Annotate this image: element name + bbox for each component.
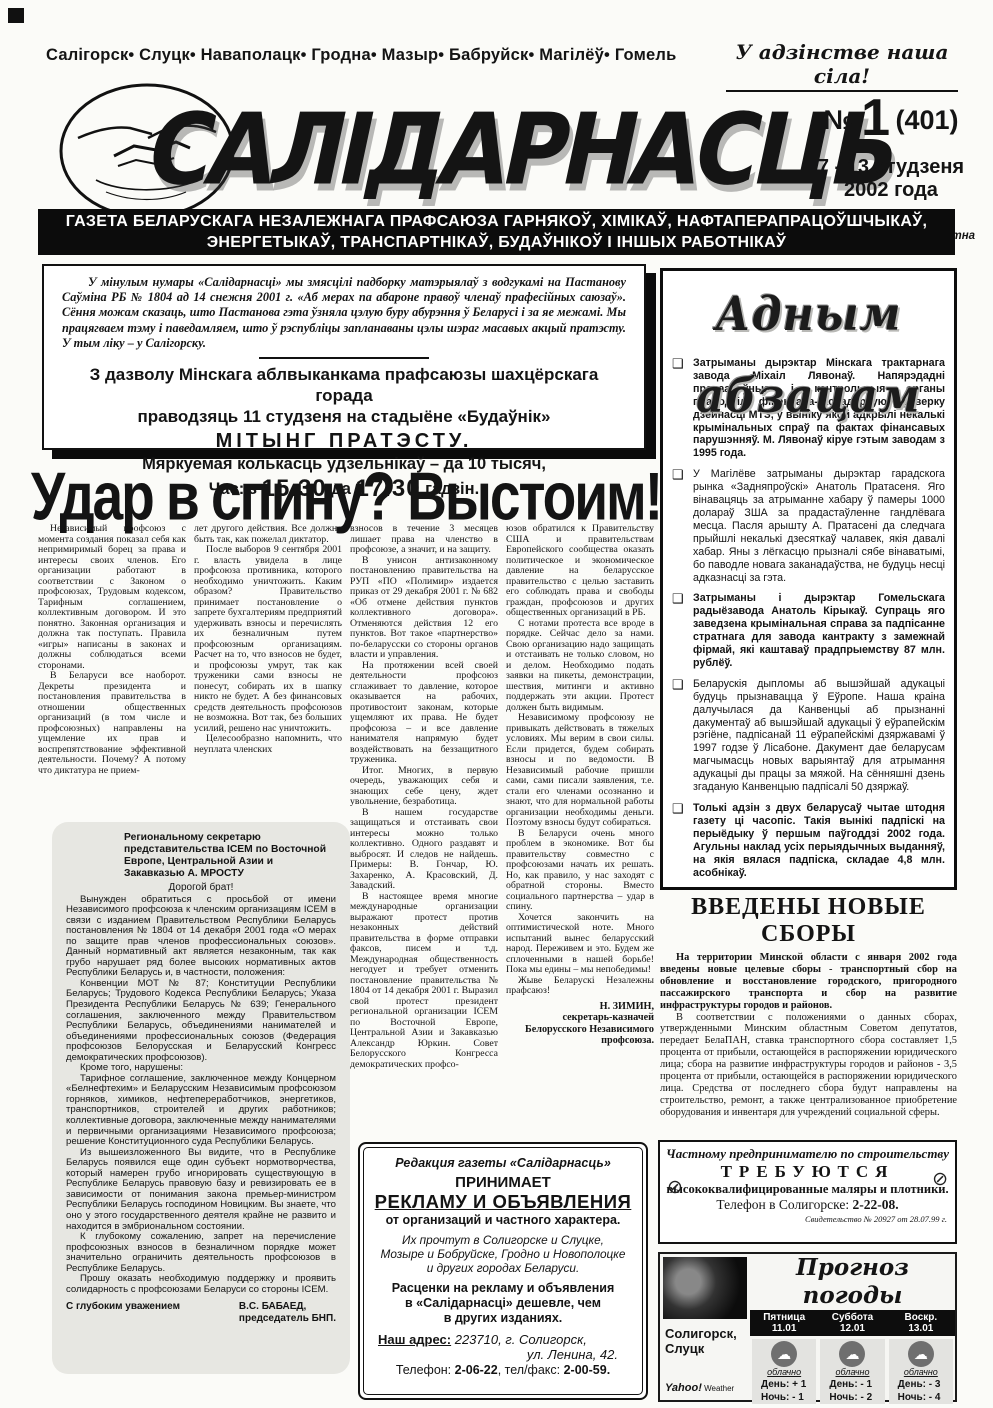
issue-dates: 7 - 13 студзеня 2002 года [796,156,986,202]
article-column-2: лет другого действия. Все должно быть та… [194,524,342,822]
weather-night-temp: Ночь: - 4 [889,1391,953,1404]
article-paragraph: Целесообразно напомнить, что неуплата чл… [194,734,342,755]
prohibited-icon: ⊘ [932,1168,948,1191]
newspaper-front-page: Салігорск• Слуцк• Наваполацк• Гродна• Ма… [0,0,993,1408]
editorial-ad-accepts: ПРИНИМАЕТ [374,1174,632,1191]
weather-day-label: Пятница11.01 [750,1312,818,1334]
article-column-1: Независимый профсоюз с момента создания … [38,524,186,822]
news-item-text: Памер знешняга доўга Беларусі на канец 2… [693,887,945,890]
letter-signature: С глубоким уважением В.С. БАБАЕД, предсе… [66,1301,336,1324]
address-label: Наш адрес: [378,1332,451,1347]
weather-panel: Прогноз погоды Пятница11.01 Суббота12.01… [750,1254,955,1400]
weather-night-temp: Ночь: - 2 [820,1391,884,1404]
letter-paragraph: Тарифное соглашение, заключенное между К… [66,1074,336,1148]
news-box-title: Адным абзацам [672,274,945,360]
main-headline: Удар в спину? Выстоим! [38,458,654,519]
weather-cell: ☁ облачно День: + 1 Ночь: - 1 [752,1339,816,1404]
meeting-title: МІТЫНГ ПРАТЭСТУ. [62,430,626,453]
print-registration-mark [8,8,24,23]
banner-line-1: ГАЗЕТА БЕЛАРУСКАГА НЕЗАЛЕЖНАГА ПРАФСАЮЗА… [66,211,928,232]
weather-condition: облачно [752,1367,816,1378]
signature-org: Белорусского Независимого [506,1024,654,1036]
article-paragraph: В настоящее время многие международные о… [350,892,498,1071]
weather-condition: облачно [889,1367,953,1378]
article-paragraph: В унисон антизаконному постановлению пра… [350,556,498,661]
masthead-title-text: САЛІДАРНАСЦЬ [137,91,906,206]
article-paragraph: В Беларуси очень много проблем в экономи… [506,829,654,913]
news-item: ❑Беларускія дыпломы аб вышэйшай адукацыі… [672,678,945,794]
article-paragraph: В Беларуси все наоборот. Декреты президе… [38,671,186,776]
article-paragraph: Хочется закончить на оптимистической нот… [506,913,654,976]
editorial-ad-ads: РЕКЛАМУ И ОБЪЯВЛЕНИЯ [374,1191,632,1213]
letter-paragraph: Конвенции МОТ № 87; Конституции Республи… [66,979,336,1063]
editorial-ad-address: Наш адрес: 223710, г. Солигорск, [374,1332,632,1347]
article-paragraph: С нотами протеста все вроде в порядке. С… [506,619,654,714]
news-item: ❑У Магілёве затрыманы дырэктар гарадског… [672,468,945,584]
editorial-ad-from: от организаций и частного характера. [374,1213,632,1227]
letter-signature-name: В.С. БАБАЕД, [239,1301,336,1313]
weather-days-header: Пятница11.01 Суббота12.01 Воскр.13.01 [750,1310,955,1336]
lead-intro: У мінулым нумары «Салідарнасці» мы змясц… [62,275,626,351]
article-paragraph: лет другого действия. Все должно быть та… [194,524,342,545]
weather-day-temp: День: - 3 [889,1378,953,1391]
phone-number-1: 2-06-22 [455,1363,498,1377]
editorial-ad-rates-2: в «Салідарнасці» дешевле, чем [374,1296,632,1311]
issue-date-year: 2002 года [796,179,986,202]
day-date: 12.01 [840,1323,865,1334]
editorial-ad-cities-2: Мозыре и Бобруйске, Гродно и Новополоцке [374,1247,632,1261]
job-ad-phone-label: Телефон в Солигорске: [716,1197,852,1212]
cloud-icon: ☁ [908,1341,934,1367]
letter-header: Региональному секретарю представительств… [124,832,336,880]
editorial-ad-rates: Расценки на рекламу и объявления в «Салі… [374,1281,632,1326]
new-taxes-headline: ВВЕДЕНЫ НОВЫЕ СБОРЫ [660,894,957,948]
new-taxes-paragraph: На территории Минской области с января 2… [660,952,957,1012]
letter-signature-name-block: В.С. БАБАЕД, председатель БНП. [239,1301,336,1324]
letter-paragraph: Из вышеизложенного Вы видите, что в Респ… [66,1148,336,1232]
yahoo-weather-logo: Yahoo! Weather [665,1382,734,1394]
weather-photo [663,1257,747,1319]
job-ad-license: Свидетельство № 20927 от 28.07.99 г. [660,1214,955,1224]
weather-forecast-box: Солигорск, Слуцк Yahoo! Weather Прогноз … [658,1252,957,1402]
news-item-text: Беларускія дыпломы аб вышэйшай адукацыі … [693,678,945,794]
news-item: ❑Памер знешняга доўга Беларусі на канец … [672,887,945,890]
letter-signature-role: председатель БНП. [239,1313,336,1325]
one-paragraph-news-box: Адным абзацам ❑Затрыманы дырэктар Мінска… [660,268,957,890]
phone-number-2: 2-00-59. [564,1363,611,1377]
yahoo-logo-sub: Weather [702,1384,734,1393]
letter-to-icem: Региональному секретарю представительств… [52,822,350,1374]
weather-cells: ☁ облачно День: + 1 Ночь: - 1 ☁ облачно … [750,1336,955,1407]
article-paragraph: юзов обратился к Правительству США и пра… [506,524,654,619]
day-name: Суббота [832,1312,873,1323]
signature-org2: профсоюза. [506,1035,654,1047]
editorial-ad-rates-3: в других изданиях. [374,1311,632,1326]
lead-announcement-box: У мінулым нумары «Салідарнасці» мы змясц… [42,264,646,450]
job-ad-title: Частному предпринимателю по строительств… [660,1146,955,1162]
editorial-ad-box: Редакция газеты «Салідарнасць» ПРИНИМАЕТ… [358,1142,648,1400]
issue-number-value: 1 [861,89,888,147]
address-value-1: 223710, г. Солигорск, [451,1332,587,1347]
cloud-icon: ☁ [839,1341,865,1367]
phone-separator: , тел/факс: [498,1363,564,1377]
job-ad-box: ⊘ ⊘ Частному предпринимателю по строител… [658,1140,957,1244]
article-column-4: юзов обратился к Правительству США и пра… [506,524,654,1136]
article-paragraph: В нашем государстве защищаться и отстаив… [350,808,498,892]
article-paragraph: Независимому профсоюзу не привыкать дейс… [506,713,654,829]
letter-paragraph: К глубокому сожалению, запрет на перечис… [66,1232,336,1274]
phone-label: Телефон: [396,1363,455,1377]
weather-cell: ☁ облачно День: - 3 Ночь: - 4 [889,1339,953,1404]
news-item: ❑Толькі адзін з двух беларусаў чытае што… [672,802,945,879]
weather-condition: облачно [820,1367,884,1378]
weather-day-label: Суббота12.01 [818,1312,886,1334]
signature-role: секретарь-казначей [506,1012,654,1024]
banner-line-2: ЭНЕРГЕТЫКАЎ, ТРАНСПАРТНІКАЎ, БУДАЎНІКОЎ … [207,232,787,253]
editorial-ad-cities: Их прочтут в Солигорске и Слуцке, Мозыре… [374,1233,632,1275]
job-ad-detail: высококвалифицированные маляры и плотник… [660,1182,955,1197]
signature-name: Н. ЗИМИН, [506,1001,654,1013]
weather-title: Прогноз погоды [750,1254,955,1310]
article-paragraph: Итог. Многих, в первую очередь, уважающи… [350,766,498,808]
article-paragraph: Независимый профсоюз с момента создания … [38,524,186,671]
job-ad-required: ТРЕБУЮТСЯ [660,1162,955,1182]
weather-location: Солигорск, Слуцк [665,1326,747,1356]
editorial-ad-header: Редакция газеты «Салідарнасць» [374,1156,632,1170]
cloud-icon: ☁ [771,1341,797,1367]
news-item-text: Затрыманы і дырэктар Гомельскага радыёза… [693,592,945,669]
issue-date-range: 7 - 13 студзеня [796,156,986,179]
editorial-ad-cities-3: и других городах Беларуси. [374,1261,632,1275]
square-bullet-icon: ❑ [672,887,686,890]
meeting-line-1: З дазволу Мінскага аблвыканкама прафсаюз… [62,364,626,406]
news-item-text: У Магілёве затрыманы дырэктар гарадскога… [693,468,945,584]
letter-signature-closing: С глубоким уважением [66,1301,180,1324]
square-bullet-icon: ❑ [672,468,686,584]
editorial-ad-rates-1: Расценки на рекламу и объявления [374,1281,632,1296]
subtitle-banner: ГАЗЕТА БЕЛАРУСКАГА НЕЗАЛЕЖНАГА ПРАФСАЮЗА… [38,209,955,255]
day-name: Воскр. [905,1312,938,1323]
article-paragraph: взносов в течение 3 месяцев лишает права… [350,524,498,556]
meeting-line-2: праводзяць 11 студзеня на стадыёне «Буда… [62,406,626,427]
new-taxes-paragraph: В соответствии с положениями о данных сб… [660,1012,957,1119]
weather-cell: ☁ облачно День: - 1 Ночь: - 2 [820,1339,884,1404]
day-date: 13.01 [908,1323,933,1334]
article-column-3: взносов в течение 3 месяцев лишает права… [350,524,498,1136]
weather-night-temp: Ночь: - 1 [752,1391,816,1404]
day-name: Пятница [763,1312,805,1323]
prohibited-icon: ⊘ [667,1176,683,1199]
square-bullet-icon: ❑ [672,592,686,669]
letter-paragraph: Вынужден обратиться с просьбой от имени … [66,895,336,979]
new-taxes-article: ВВЕДЕНЫ НОВЫЕ СБОРЫ На территории Минско… [660,894,957,1119]
issue-number-paren: (401) [896,105,959,135]
job-ad-phone: Телефон в Солигорске: 2-22-08. [660,1197,955,1213]
article-paragraph: После выборов 9 сентября 2001 г. власть … [194,545,342,734]
editorial-ad-cities-1: Их прочтут в Солигорске и Слуцке, [374,1233,632,1247]
weather-day-temp: День: + 1 [752,1378,816,1391]
square-bullet-icon: ❑ [672,357,686,460]
square-bullet-icon: ❑ [672,802,686,879]
letter-greeting: Дорогой брат! [66,883,336,894]
day-date: 11.01 [772,1323,796,1334]
yahoo-logo-text: Yahoo! [665,1382,702,1394]
address-value-2: ул. Ленина, 42. [374,1347,632,1362]
letter-paragraph: Прошу оказать необходимую поддержку и пр… [66,1274,336,1295]
weather-day-label: Воскр.13.01 [887,1312,955,1334]
cities-list: Салігорск• Слуцк• Наваполацк• Гродна• Ма… [46,46,686,65]
editorial-ad-phones: Телефон: 2-06-22, тел/факс: 2-00-59. [374,1363,632,1377]
weather-day-temp: День: - 1 [820,1378,884,1391]
article-paragraph: Жыве Беларускі Незалежны прафсаюз! [506,976,654,997]
article-signature: Н. ЗИМИН, секретарь-казначей Белорусског… [506,1001,654,1047]
masthead-title: САЛІДАРНАСЦЬ [232,74,812,224]
job-ad-phone-number: 2-22-08. [852,1197,898,1212]
issue-number: № 1 (401) [796,88,986,148]
news-item-text: Толькі адзін з двух беларусаў чытае штод… [693,802,945,879]
square-bullet-icon: ❑ [672,678,686,794]
article-paragraph: На протяжении всей своей деятельности пр… [350,661,498,766]
divider [259,357,429,359]
issue-number-sign: № [823,105,853,135]
news-item: ❑Затрыманы і дырэктар Гомельскага радыёз… [672,592,945,669]
